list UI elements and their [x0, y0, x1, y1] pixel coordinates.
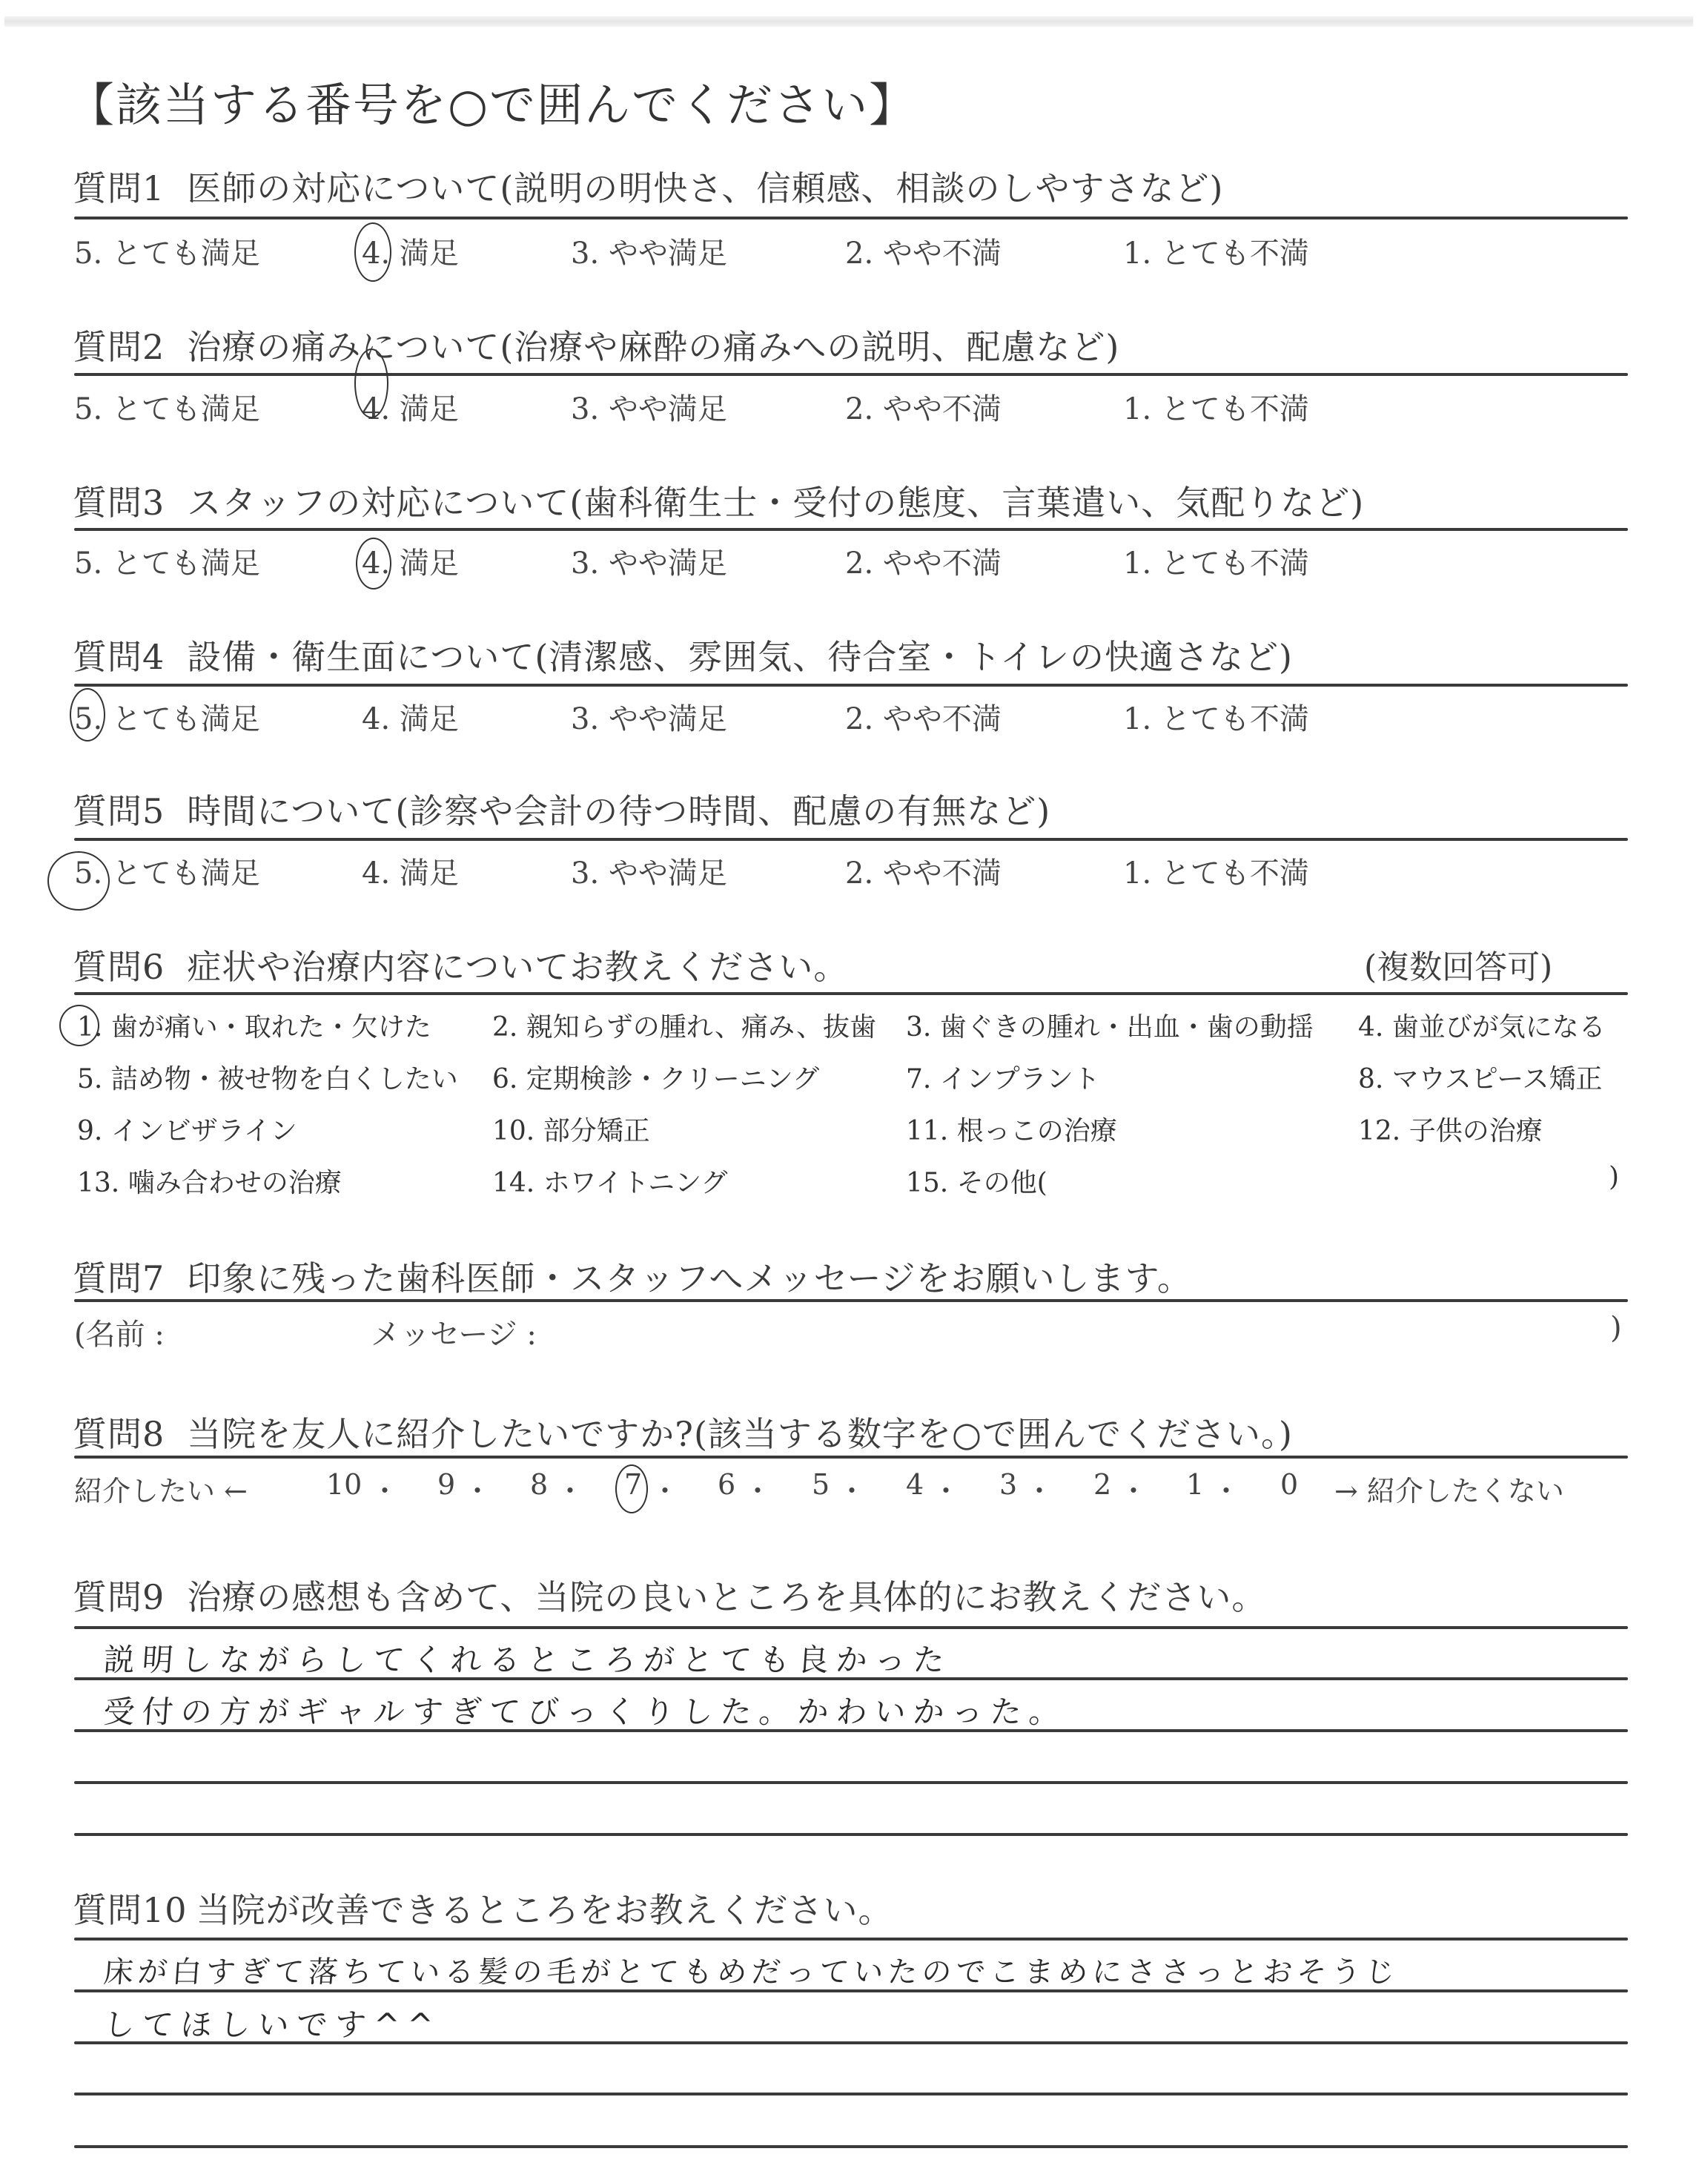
- scale-9[interactable]: 9: [437, 1468, 455, 1501]
- answer-line: [74, 1677, 1628, 1680]
- answer-line: [74, 1626, 1628, 1629]
- answer-line: [74, 1938, 1628, 1941]
- scale-dot: ・: [1025, 1468, 1053, 1509]
- scale-5[interactable]: 5: [812, 1468, 830, 1501]
- option-4[interactable]: 4. 満足: [362, 850, 459, 892]
- question-text: 印象に残った歯科医師・スタッフへメッセージをお願いします。: [187, 1258, 1192, 1298]
- question-5-heading: 質問5時間について(診察や会計の待つ時間、配慮の有無など): [73, 785, 1050, 833]
- option-1[interactable]: 1. とても不満: [1123, 230, 1309, 272]
- scan-edge: [4, 16, 1693, 27]
- treatment-option-11[interactable]: 11. 根っこの治療: [906, 1110, 1117, 1148]
- scale-dot: ・: [371, 1468, 399, 1509]
- question-number: 質問4: [73, 637, 165, 677]
- question-6-heading: 質問6症状や治療内容についてお教えください。: [73, 940, 848, 989]
- option-1[interactable]: 1. とても不満: [1123, 696, 1309, 738]
- answer-line: [74, 2145, 1628, 2148]
- scale-left-label: 紹介したい ←: [74, 1468, 248, 1509]
- option-1[interactable]: 1. とても不満: [1123, 540, 1309, 582]
- question-3-heading: 質問3スタッフの対応について(歯科衛生士・受付の態度、言葉遣い、気配りなど): [73, 476, 1364, 525]
- question-text: 設備・衛生面について(清潔感、雰囲気、待合室・トイレの快適さなど): [187, 637, 1293, 677]
- option-5[interactable]: 5. とても満足: [74, 230, 260, 272]
- option-2[interactable]: 2. やや不満: [845, 540, 1002, 582]
- scale-right-label: → 紹介したくない: [1334, 1468, 1564, 1509]
- question-7-heading: 質問7印象に残った歯科医師・スタッフへメッセージをお願いします。: [73, 1252, 1192, 1301]
- question-text: 医師の対応について(説明の明快さ、信頼感、相談のしやすさなど): [187, 168, 1223, 208]
- option-4[interactable]: 4. 満足: [362, 230, 459, 272]
- option-5[interactable]: 5. とても満足: [74, 386, 260, 428]
- option-3[interactable]: 3. やや満足: [571, 850, 727, 892]
- divider: [74, 838, 1628, 841]
- scale-10[interactable]: 10: [326, 1468, 362, 1501]
- option-1[interactable]: 1. とても不満: [1123, 386, 1309, 428]
- option-5[interactable]: 5. とても満足: [74, 540, 260, 582]
- question-number: 質問8: [73, 1414, 165, 1454]
- answer-line: [74, 2093, 1628, 2095]
- scale-1[interactable]: 1: [1186, 1468, 1204, 1501]
- question-number: 質問2: [73, 327, 165, 367]
- multiple-answer-note: (複数回答可): [1364, 940, 1552, 988]
- option-4[interactable]: 4. 満足: [362, 696, 459, 738]
- treatment-option-2[interactable]: 2. 親知らずの腫れ、痛み、抜歯: [492, 1006, 876, 1044]
- question-text: 当院を友人に紹介したいですか?(該当する数字を○で囲んでください。): [187, 1414, 1293, 1454]
- question-1-heading: 質問1医師の対応について(説明の明快さ、信頼感、相談のしやすさなど): [73, 162, 1223, 211]
- message-label: メッセージ :: [371, 1311, 537, 1353]
- scale-dot: ・: [1119, 1468, 1148, 1509]
- divider: [74, 1299, 1628, 1302]
- question-number: 質問10: [73, 1890, 188, 1930]
- option-2[interactable]: 2. やや不満: [845, 850, 1002, 892]
- question-2-heading: 質問2治療の痛みについて(治療や麻酔の痛みへの説明、配慮など): [73, 320, 1119, 369]
- divider: [74, 1456, 1628, 1459]
- answer-line: [74, 1989, 1628, 1992]
- form-title: 【該当する番号を○で囲んでください】: [68, 68, 916, 134]
- question-number: 質問5: [73, 791, 165, 831]
- treatment-option-13[interactable]: 13. 噛み合わせの治療: [77, 1162, 342, 1200]
- answer-line: [74, 2041, 1628, 2044]
- option-3[interactable]: 3. やや満足: [571, 386, 727, 428]
- divider: [74, 217, 1628, 219]
- scale-7[interactable]: 7: [624, 1468, 642, 1501]
- treatment-option-12[interactable]: 12. 子供の治療: [1358, 1110, 1543, 1148]
- scale-dot: ・: [556, 1468, 584, 1509]
- question-text: 治療の痛みについて(治療や麻酔の痛みへの説明、配慮など): [187, 327, 1119, 367]
- answer-line: [74, 1729, 1628, 1732]
- scale-dot: ・: [744, 1468, 772, 1509]
- handwritten-answer-line-1[interactable]: 床が白すぎて落ちている髪の毛がとてもめだっていたのでこまめにささっとおそうじ: [102, 1949, 1401, 1991]
- treatment-option-9[interactable]: 9. インビザライン: [77, 1110, 297, 1148]
- handwritten-answer-line-2[interactable]: してほしいです^^: [102, 2001, 443, 2045]
- question-4-options: 5. とても満足 4. 満足 3. やや満足 2. やや不満 1. とても不満: [74, 696, 1631, 740]
- option-3[interactable]: 3. やや満足: [571, 230, 727, 272]
- option-4[interactable]: 4. 満足: [362, 540, 459, 582]
- option-4[interactable]: 4. 満足: [362, 386, 459, 428]
- treatment-option-10[interactable]: 10. 部分矯正: [492, 1110, 650, 1148]
- question-8-heading: 質問8当院を友人に紹介したいですか?(該当する数字を○で囲んでください。): [73, 1407, 1293, 1456]
- divider: [74, 528, 1628, 531]
- treatment-option-4[interactable]: 4. 歯並びが気になる: [1358, 1006, 1606, 1044]
- question-number: 質問1: [73, 168, 165, 208]
- question-number: 質問3: [73, 483, 165, 523]
- treatment-option-14[interactable]: 14. ホワイトニング: [492, 1162, 727, 1200]
- divider: [74, 373, 1628, 376]
- question-text: 当院が改善できるところをお教えください。: [196, 1890, 893, 1930]
- handwritten-answer-line-1[interactable]: 説明しながらしてくれるところがとても良かった: [102, 1636, 953, 1680]
- scale-8[interactable]: 8: [530, 1468, 548, 1501]
- treatment-option-8[interactable]: 8. マウスピース矯正: [1358, 1058, 1602, 1096]
- scale-3[interactable]: 3: [999, 1468, 1017, 1501]
- other-close-paren: ): [1609, 1162, 1619, 1192]
- option-2[interactable]: 2. やや不満: [845, 386, 1002, 428]
- scale-dot: ・: [463, 1468, 491, 1509]
- question-number: 質問9: [73, 1577, 165, 1617]
- treatment-option-6[interactable]: 6. 定期検診・クリーニング: [492, 1058, 819, 1096]
- question-1-options: 5. とても満足 4. 満足 3. やや満足 2. やや不満 1. とても不満: [74, 230, 1631, 274]
- scale-4[interactable]: 4: [906, 1468, 924, 1501]
- answer-line: [74, 1781, 1628, 1784]
- treatment-option-5[interactable]: 5. 詰め物・被せ物を白くしたい: [77, 1058, 458, 1096]
- treatment-option-3[interactable]: 3. 歯ぐきの腫れ・出血・歯の動揺: [906, 1006, 1314, 1044]
- option-1[interactable]: 1. とても不満: [1123, 850, 1309, 892]
- treatment-option-7[interactable]: 7. インプラント: [906, 1058, 1100, 1096]
- question-2-options: 5. とても満足 4. 満足 3. やや満足 2. やや不満 1. とても不満: [74, 386, 1631, 430]
- question-text: 治療の感想も含めて、当院の良いところを具体的にお教えください。: [187, 1577, 1266, 1617]
- scale-6[interactable]: 6: [718, 1468, 735, 1501]
- answer-line: [74, 1833, 1628, 1836]
- question-text: 症状や治療内容についてお教えください。: [187, 947, 848, 987]
- message-close-paren: ): [1610, 1311, 1622, 1345]
- option-5[interactable]: 5. とても満足: [74, 696, 260, 738]
- option-2[interactable]: 2. やや不満: [845, 696, 1002, 738]
- option-2[interactable]: 2. やや不満: [845, 230, 1002, 272]
- question-9-heading: 質問9治療の感想も含めて、当院の良いところを具体的にお教えください。: [73, 1571, 1266, 1619]
- question-3-options: 5. とても満足 4. 満足 3. やや満足 2. やや不満 1. とても不満: [74, 540, 1631, 584]
- option-3[interactable]: 3. やや満足: [571, 540, 727, 582]
- scale-dot: ・: [932, 1468, 960, 1509]
- scale-2[interactable]: 2: [1093, 1468, 1111, 1501]
- question-text: スタッフの対応について(歯科衛生士・受付の態度、言葉遣い、気配りなど): [187, 483, 1364, 523]
- question-number: 質問6: [73, 947, 165, 987]
- question-text: 時間について(診察や会計の待つ時間、配慮の有無など): [187, 791, 1050, 831]
- option-5[interactable]: 5. とても満足: [74, 850, 260, 892]
- treatment-option-1[interactable]: 1. 歯が痛い・取れた・欠けた: [77, 1006, 431, 1044]
- question-number: 質問7: [73, 1258, 165, 1298]
- divider: [74, 992, 1628, 995]
- question-10-heading: 質問10当院が改善できるところをお教えください。: [73, 1883, 893, 1932]
- question-4-heading: 質問4設備・衛生面について(清潔感、雰囲気、待合室・トイレの快適さなど): [73, 630, 1293, 679]
- name-label: (名前 :: [74, 1311, 165, 1353]
- scale-dot: ・: [1212, 1468, 1240, 1509]
- option-3[interactable]: 3. やや満足: [571, 696, 727, 738]
- scale-dot: ・: [651, 1468, 679, 1509]
- treatment-option-15[interactable]: 15. その他(: [906, 1162, 1047, 1200]
- question-5-options: 5. とても満足 4. 満足 3. やや満足 2. やや不満 1. とても不満: [74, 850, 1631, 894]
- handwritten-answer-line-2[interactable]: 受付の方がギャルすぎてびっくりした。かわいかった。: [102, 1688, 1069, 1732]
- scale-dot: ・: [838, 1468, 866, 1509]
- scale-0[interactable]: 0: [1280, 1468, 1298, 1501]
- divider: [74, 684, 1628, 687]
